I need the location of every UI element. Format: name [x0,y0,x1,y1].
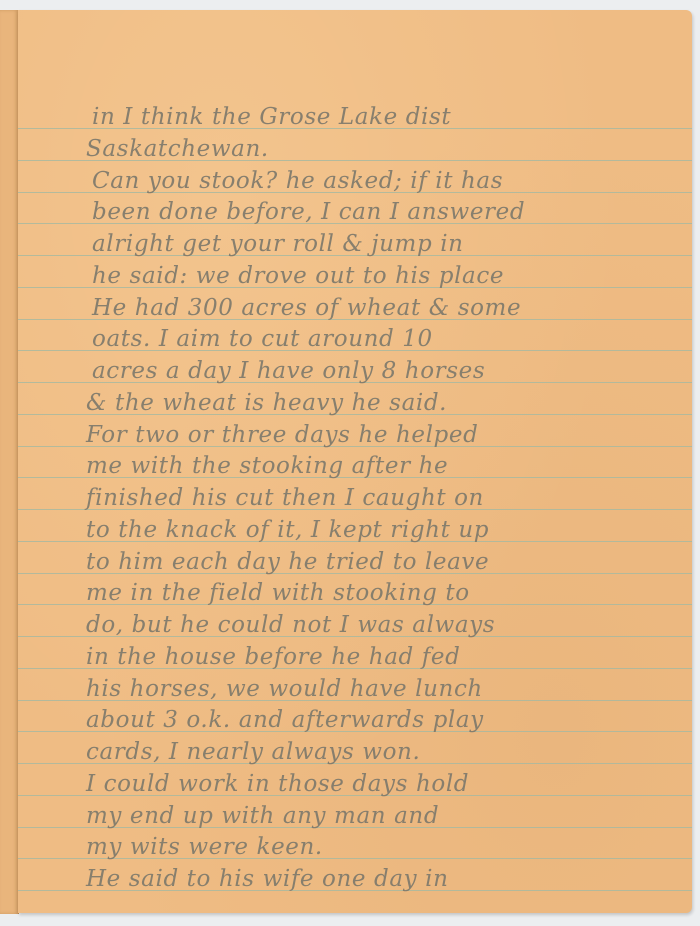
text-line: his horses, we would have lunch [86,674,692,706]
text-line: He had 300 acres of wheat & some [92,293,692,325]
text-line: my end up with any man and [86,801,692,833]
handwritten-text: in I think the Grose Lake dist Saskatche… [92,102,692,896]
text-line: I could work in those days hold [86,769,692,801]
text-line: & the wheat is heavy he said. [86,388,692,420]
facing-page-edge [0,10,19,914]
text-line: alright get your roll & jump in [92,229,692,261]
text-line: Saskatchewan. [86,134,692,166]
text-line: me in the field with stooking to [86,578,692,610]
text-line: in the house before he had fed [86,642,692,674]
text-line: been done before, I can I answered [92,197,692,229]
notebook-page: in I think the Grose Lake dist Saskatche… [18,10,692,913]
text-line: to the knack of it, I kept right up [86,515,692,547]
text-line: cards, I nearly always won. [86,737,692,769]
text-line: finished his cut then I caught on [86,483,692,515]
text-line: in I think the Grose Lake dist [92,102,692,134]
text-line: He said to his wife one day in [86,864,692,896]
text-line: Can you stook? he asked; if it has [92,166,692,198]
text-line: For two or three days he helped [86,420,692,452]
text-line: oats. I aim to cut around 10 [92,324,692,356]
text-line: he said: we drove out to his place [92,261,692,293]
text-line: me with the stooking after he [86,451,692,483]
text-line: acres a day I have only 8 horses [92,356,692,388]
text-line: to him each day he tried to leave [86,547,692,579]
text-line: do, but he could not I was always [86,610,692,642]
text-line: my wits were keen. [86,832,692,864]
scan-background: in I think the Grose Lake dist Saskatche… [0,0,700,926]
text-line: about 3 o.k. and afterwards play [86,705,692,737]
